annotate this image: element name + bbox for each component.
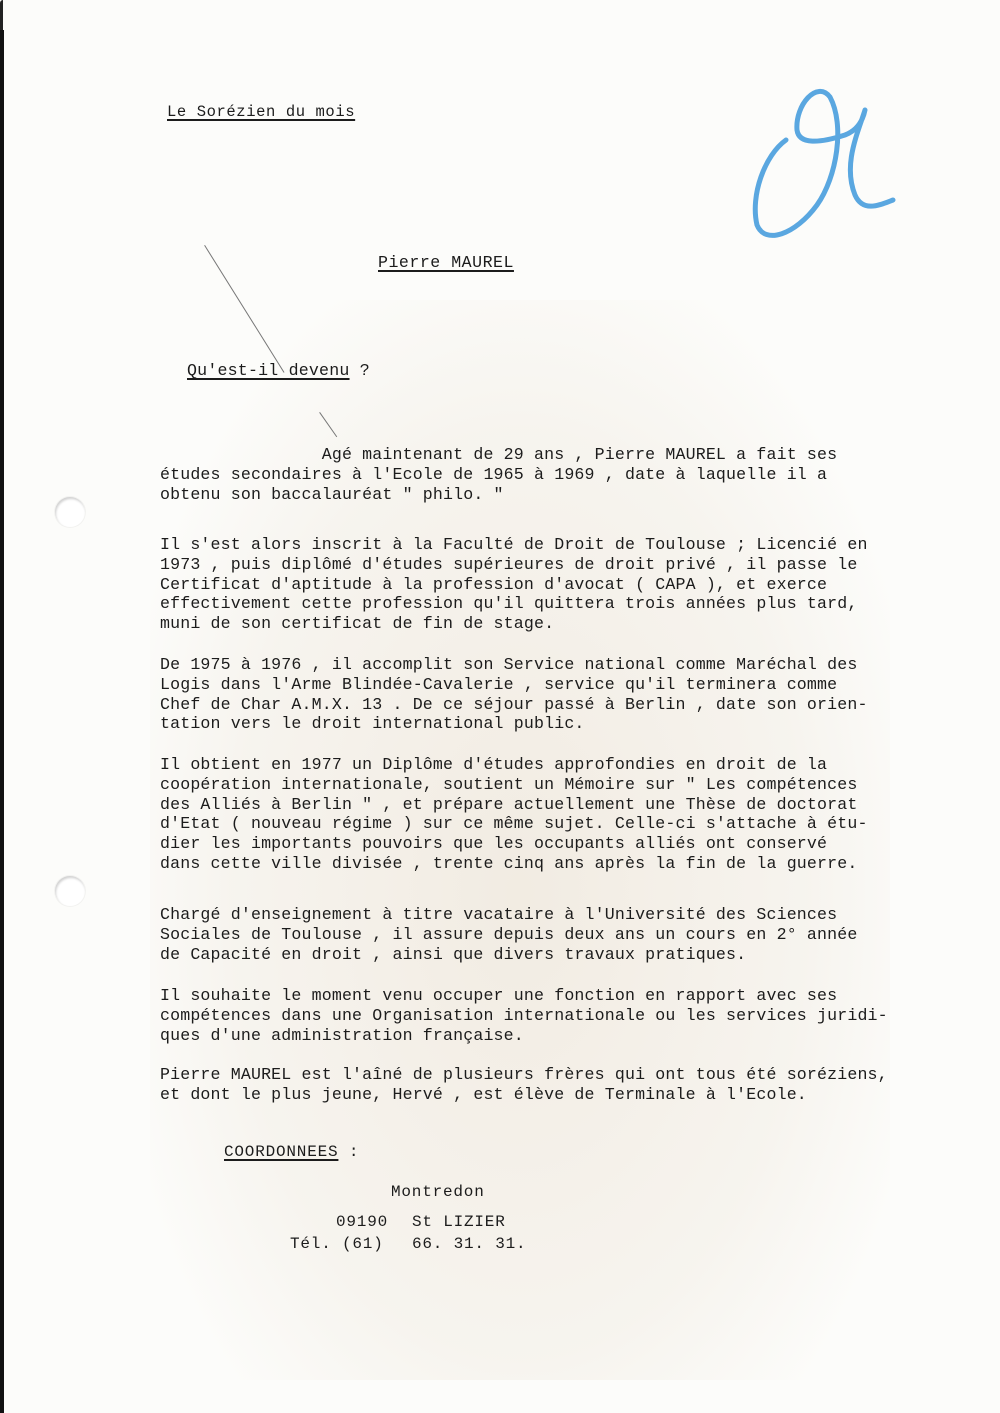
text-line: obtenu son baccalauréat " philo. " — [160, 485, 960, 505]
text-line: des Alliés à Berlin " , et prépare actue… — [160, 795, 960, 815]
contact-phone-label: Tél. (61) — [290, 1235, 384, 1255]
text-line: dier les importants pouvoirs que les occ… — [160, 834, 960, 854]
text-line: Logis dans l'Arme Blindée-Cavalerie , se… — [160, 675, 960, 695]
text-line: de Capacité en droit , ainsi que divers … — [160, 945, 960, 965]
paragraph-aspirations: Il souhaite le moment venu occuper une f… — [160, 986, 960, 1045]
text-line: ques d'une administration française. — [160, 1026, 960, 1046]
text-line: Sociales de Toulouse , il assure depuis … — [160, 925, 960, 945]
text-line: Pierre MAUREL est l'aîné de plusieurs fr… — [160, 1065, 960, 1085]
handwritten-mark-icon — [745, 85, 915, 245]
document-title: Pierre MAUREL — [378, 253, 514, 273]
text-line: muni de son certificat de fin de stage. — [160, 614, 960, 634]
text-line: De 1975 à 1976 , il accomplit son Servic… — [160, 655, 960, 675]
text-line: Chargé d'enseignement à titre vacataire … — [160, 905, 960, 925]
text-line: coopération internationale, soutient un … — [160, 775, 960, 795]
contact-place: Montredon — [391, 1183, 485, 1203]
text-line: Il souhaite le moment venu occuper une f… — [160, 986, 960, 1006]
text-line: Il s'est alors inscrit à la Faculté de D… — [160, 535, 960, 555]
paragraph-intro: Agé maintenant de 29 ans , Pierre MAUREL… — [160, 445, 960, 504]
paragraph-education: Il s'est alors inscrit à la Faculté de D… — [160, 535, 960, 634]
contact-phone-number: 66. 31. 31. — [412, 1235, 526, 1255]
text-line: effectivement cette profession qu'il qui… — [160, 594, 960, 614]
text-line: compétences dans une Organisation intern… — [160, 1006, 960, 1026]
paragraph-teaching: Chargé d'enseignement à titre vacataire … — [160, 905, 960, 964]
section-heading-text: Qu'est-il devenu — [187, 361, 350, 380]
contact-heading-text: COORDONNEES — [224, 1143, 338, 1161]
page-edge-top — [0, 0, 3, 30]
text-line: et dont le plus jeune, Hervé , est élève… — [160, 1085, 960, 1105]
paragraph-doctorate: Il obtient en 1977 un Diplôme d'études a… — [160, 755, 960, 874]
contact-postal-code: 09190 — [336, 1213, 388, 1233]
text-line: études secondaires à l'Ecole de 1965 à 1… — [160, 465, 960, 485]
paragraph-military-service: De 1975 à 1976 , il accomplit son Servic… — [160, 655, 960, 734]
text-line: 1973 , puis diplômé d'études supérieures… — [160, 555, 960, 575]
section-heading: Qu'est-il devenu ? — [187, 361, 370, 381]
page-left-edge — [0, 30, 4, 1413]
contact-city: St LIZIER — [412, 1213, 506, 1233]
contact-heading-suffix: : — [338, 1143, 359, 1161]
section-heading-suffix: ? — [350, 361, 370, 380]
text-line: Agé maintenant de 29 ans , Pierre MAUREL… — [160, 445, 960, 465]
text-line: tation vers le droit international publi… — [160, 714, 960, 734]
text-line: d'Etat ( nouveau régime ) sur ce même su… — [160, 814, 960, 834]
document-header: Le Sorézien du mois — [167, 103, 355, 123]
punch-hole-upper — [55, 497, 85, 527]
paragraph-family: Pierre MAUREL est l'aîné de plusieurs fr… — [160, 1065, 960, 1105]
text-line: dans cette ville divisée , trente cinq a… — [160, 854, 960, 874]
punch-hole-lower — [55, 876, 85, 906]
text-line: Certificat d'aptitude à la profession d'… — [160, 575, 960, 595]
contact-heading: COORDONNEES : — [224, 1143, 359, 1163]
text-line: Il obtient en 1977 un Diplôme d'études a… — [160, 755, 960, 775]
text-line: Chef de Char A.M.X. 13 . De ce séjour pa… — [160, 695, 960, 715]
